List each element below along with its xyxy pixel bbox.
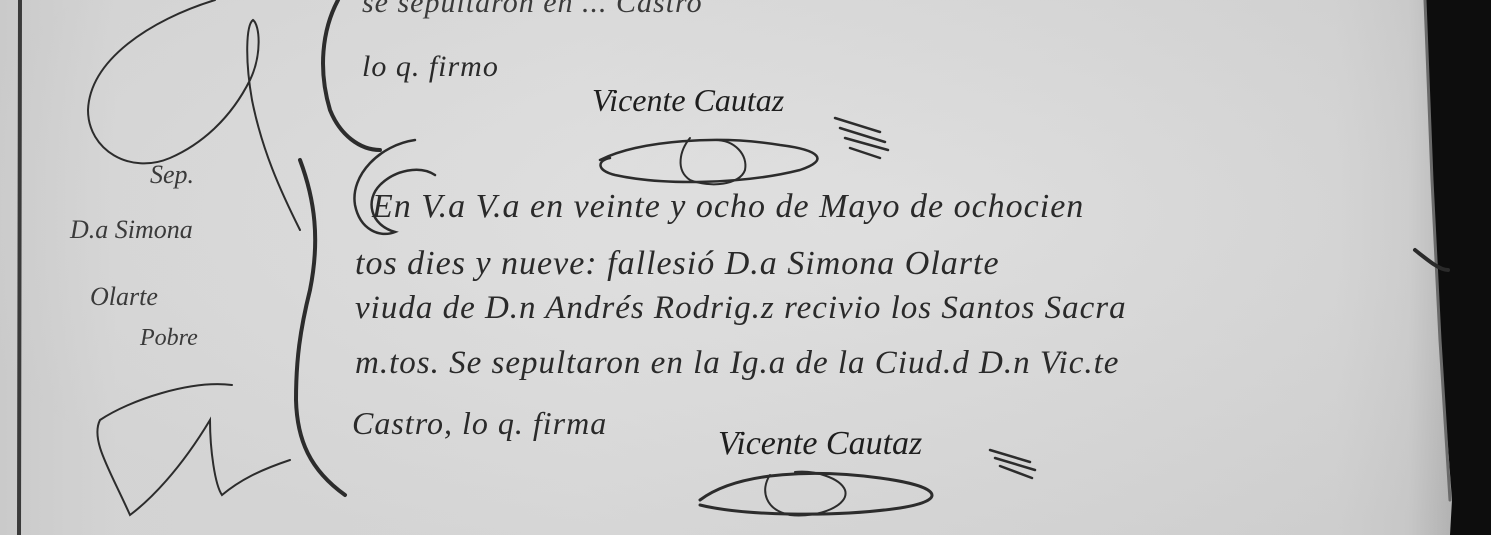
margin-note-line-4: Pobre bbox=[140, 325, 198, 352]
rubric-bottom-loop bbox=[765, 472, 845, 516]
signature-top-tail bbox=[835, 118, 888, 158]
ink-blot-right bbox=[1415, 250, 1448, 270]
rubric-top-loop bbox=[681, 138, 746, 184]
previous-entry-signature: Vicente Cautaz bbox=[592, 82, 784, 119]
entry-line-2: tos dies y nueve: fallesió D.a Simona Ol… bbox=[355, 245, 1000, 283]
rubric-bottom bbox=[700, 473, 932, 514]
entry-line-3: viuda de D.n Andrés Rodrig.z recivio los… bbox=[355, 290, 1127, 327]
margin-note-line-3: Olarte bbox=[90, 282, 158, 312]
previous-entry-line-1: se sepultaron en ... Castro bbox=[362, 0, 703, 20]
entry-line-5: Castro, lo q. firma bbox=[352, 405, 607, 442]
margin-flourish-top bbox=[88, 0, 300, 230]
entry-signature: Vicente Cautaz bbox=[718, 425, 922, 463]
rubric-top bbox=[600, 140, 817, 182]
margin-note-line-1: Sep. bbox=[150, 160, 194, 190]
signature-bottom-tail bbox=[990, 450, 1035, 478]
bracket-main bbox=[296, 160, 345, 495]
page-left-rule bbox=[19, 0, 20, 535]
previous-entry-line-2: lo q. firmo bbox=[362, 50, 499, 84]
margin-note-line-2: D.a Simona bbox=[70, 215, 193, 245]
entry-line-1: En V.a V.a en veinte y ocho de Mayo de o… bbox=[372, 188, 1084, 226]
margin-flourish-bottom bbox=[97, 384, 290, 515]
entry-line-4: m.tos. Se sepultaron en la Ig.a de la Ci… bbox=[355, 345, 1119, 382]
page-right-edge bbox=[1425, 0, 1450, 500]
